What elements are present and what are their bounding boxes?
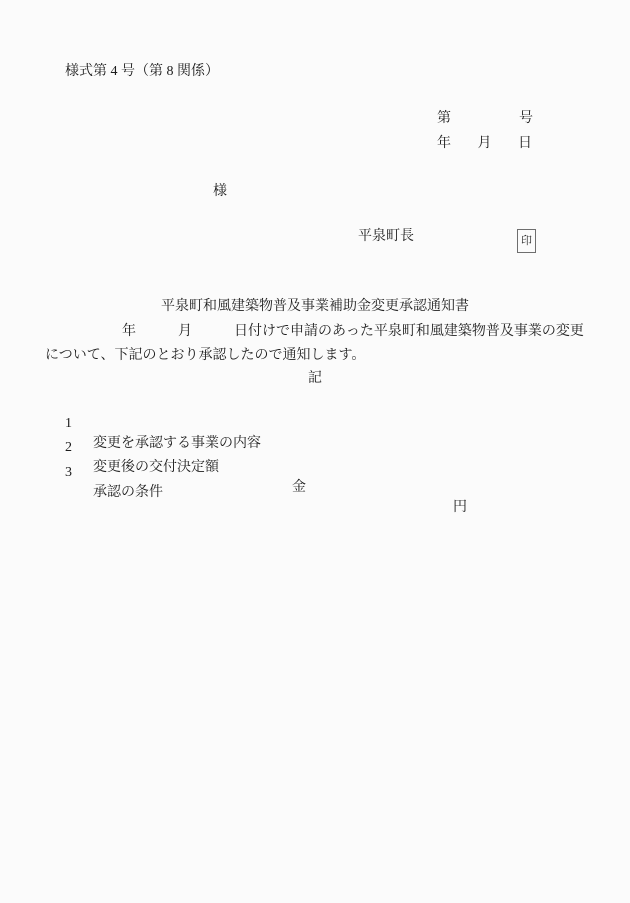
record-marker: 記 [0, 369, 630, 389]
sender-title: 平泉町長 [358, 227, 414, 247]
list-item-3-number: 3 [65, 463, 72, 483]
body-paragraph-line-1: 年 月 日付けで申請のあった平泉町和風建築物普及事業の変更 [122, 322, 584, 342]
document-title: 平泉町和風建築物普及事業補助金変更承認通知書 [0, 297, 630, 317]
form-number-line: 様式第 4 号（第 8 関係） [65, 62, 219, 82]
seal-mark: 印 [521, 236, 532, 247]
date-day-label: 日 [518, 134, 532, 154]
body-paragraph-line-2: について、下記のとおり承認したので通知します。 [45, 346, 365, 366]
date-line: 年 月 日 [437, 134, 532, 154]
list-item-1: 1 変更を承認する事業の内容 [0, 394, 630, 414]
doc-number-suffix: 号 [519, 109, 533, 129]
currency-prefix-label: 金 [292, 478, 306, 498]
doc-number-line: 第 号 [437, 109, 533, 129]
doc-number-prefix: 第 [437, 109, 451, 129]
date-month-label: 月 [478, 134, 492, 154]
document-page: 様式第 4 号（第 8 関係） 第 号 年 月 日 様 平泉町長 印 平泉町和風… [0, 0, 630, 903]
addressee-honorific: 様 [213, 182, 227, 202]
date-year-label: 年 [437, 134, 451, 154]
list-item-2: 2 変更後の交付決定額 金 円 [0, 418, 630, 438]
currency-suffix-label: 円 [453, 498, 467, 518]
list-item-3: 3 承認の条件 [0, 443, 630, 463]
seal-box: 印 [517, 229, 536, 253]
list-item-3-label: 承認の条件 [93, 483, 163, 503]
